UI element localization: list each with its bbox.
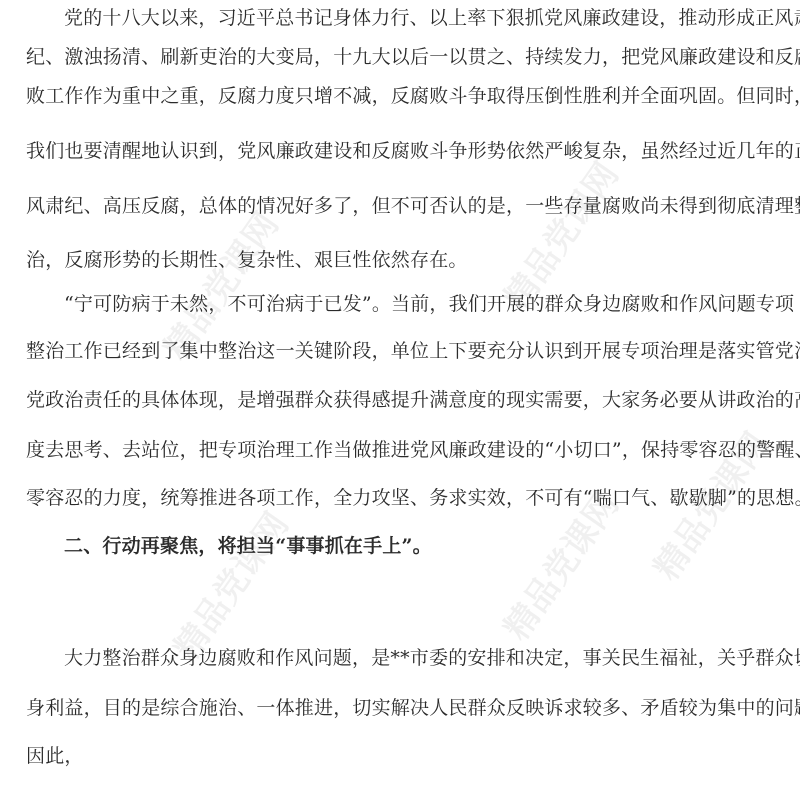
section-heading: 二、行动再聚焦，将担当“事事抓在手上”。 [64, 534, 800, 558]
paragraph-1-line-4: 我们也要清醒地认识到，党风廉政建设和反腐败斗争形势依然严峻复杂，虽然经过近几年的… [26, 139, 776, 163]
paragraph-3-line-1: 大力整治群众身边腐败和作风问题，是**市委的安排和决定，事关民生福祉，关乎群众切 [64, 646, 776, 670]
paragraph-1-line-1: 党的十八大以来，习近平总书记身体力行、以上率下狠抓党风廉政建设，推动形成正风肃 [64, 6, 776, 30]
paragraph-2-line-2: 整治工作已经到了集中整治这一关键阶段，单位上下要充分认识到开展专项治理是落实管党… [26, 339, 776, 363]
paragraph-2-line-1: “宁可防病于未然，不可治病于已发”。当前，我们开展的群众身边腐败和作风问题专项 [64, 292, 776, 316]
watermark: 精品党课网 [160, 501, 298, 668]
paragraph-2-line-3: 党政治责任的具体体现，是增强群众获得感提升满意度的现实需要，大家务必要从讲政治的… [26, 388, 776, 412]
paragraph-3-line-3: 因此， [26, 744, 776, 768]
paragraph-1-line-6: 治，反腐形势的长期性、复杂性、艰巨性依然存在。 [26, 248, 776, 272]
paragraph-3-line-2: 身利益，目的是综合施治、一体推进，切实解决人民群众反映诉求较多、矛盾较为集中的问… [26, 696, 776, 720]
paragraph-1-line-2: 纪、激浊扬清、刷新吏治的大变局，十九大以后一以贯之、持续发力，把党风廉政建设和反… [26, 45, 776, 69]
paragraph-2-line-5: 零容忍的力度，统筹推进各项工作，全力攻坚、务求实效，不可有“喘口气、歇歇脚”的思… [26, 486, 776, 510]
paragraph-1-line-5: 风肃纪、高压反腐，总体的情况好多了，但不可否认的是，一些存量腐败尚未得到彻底清理… [26, 194, 776, 218]
paragraph-2-line-4: 度去思考、去站位，把专项治理工作当做推进党风廉政建设的“小切口”，保持零容忍的警… [26, 438, 776, 462]
paragraph-1-line-3: 败工作作为重中之重，反腐力度只增不减，反腐败斗争取得压倒性胜利并全面巩固。但同时… [26, 84, 776, 108]
